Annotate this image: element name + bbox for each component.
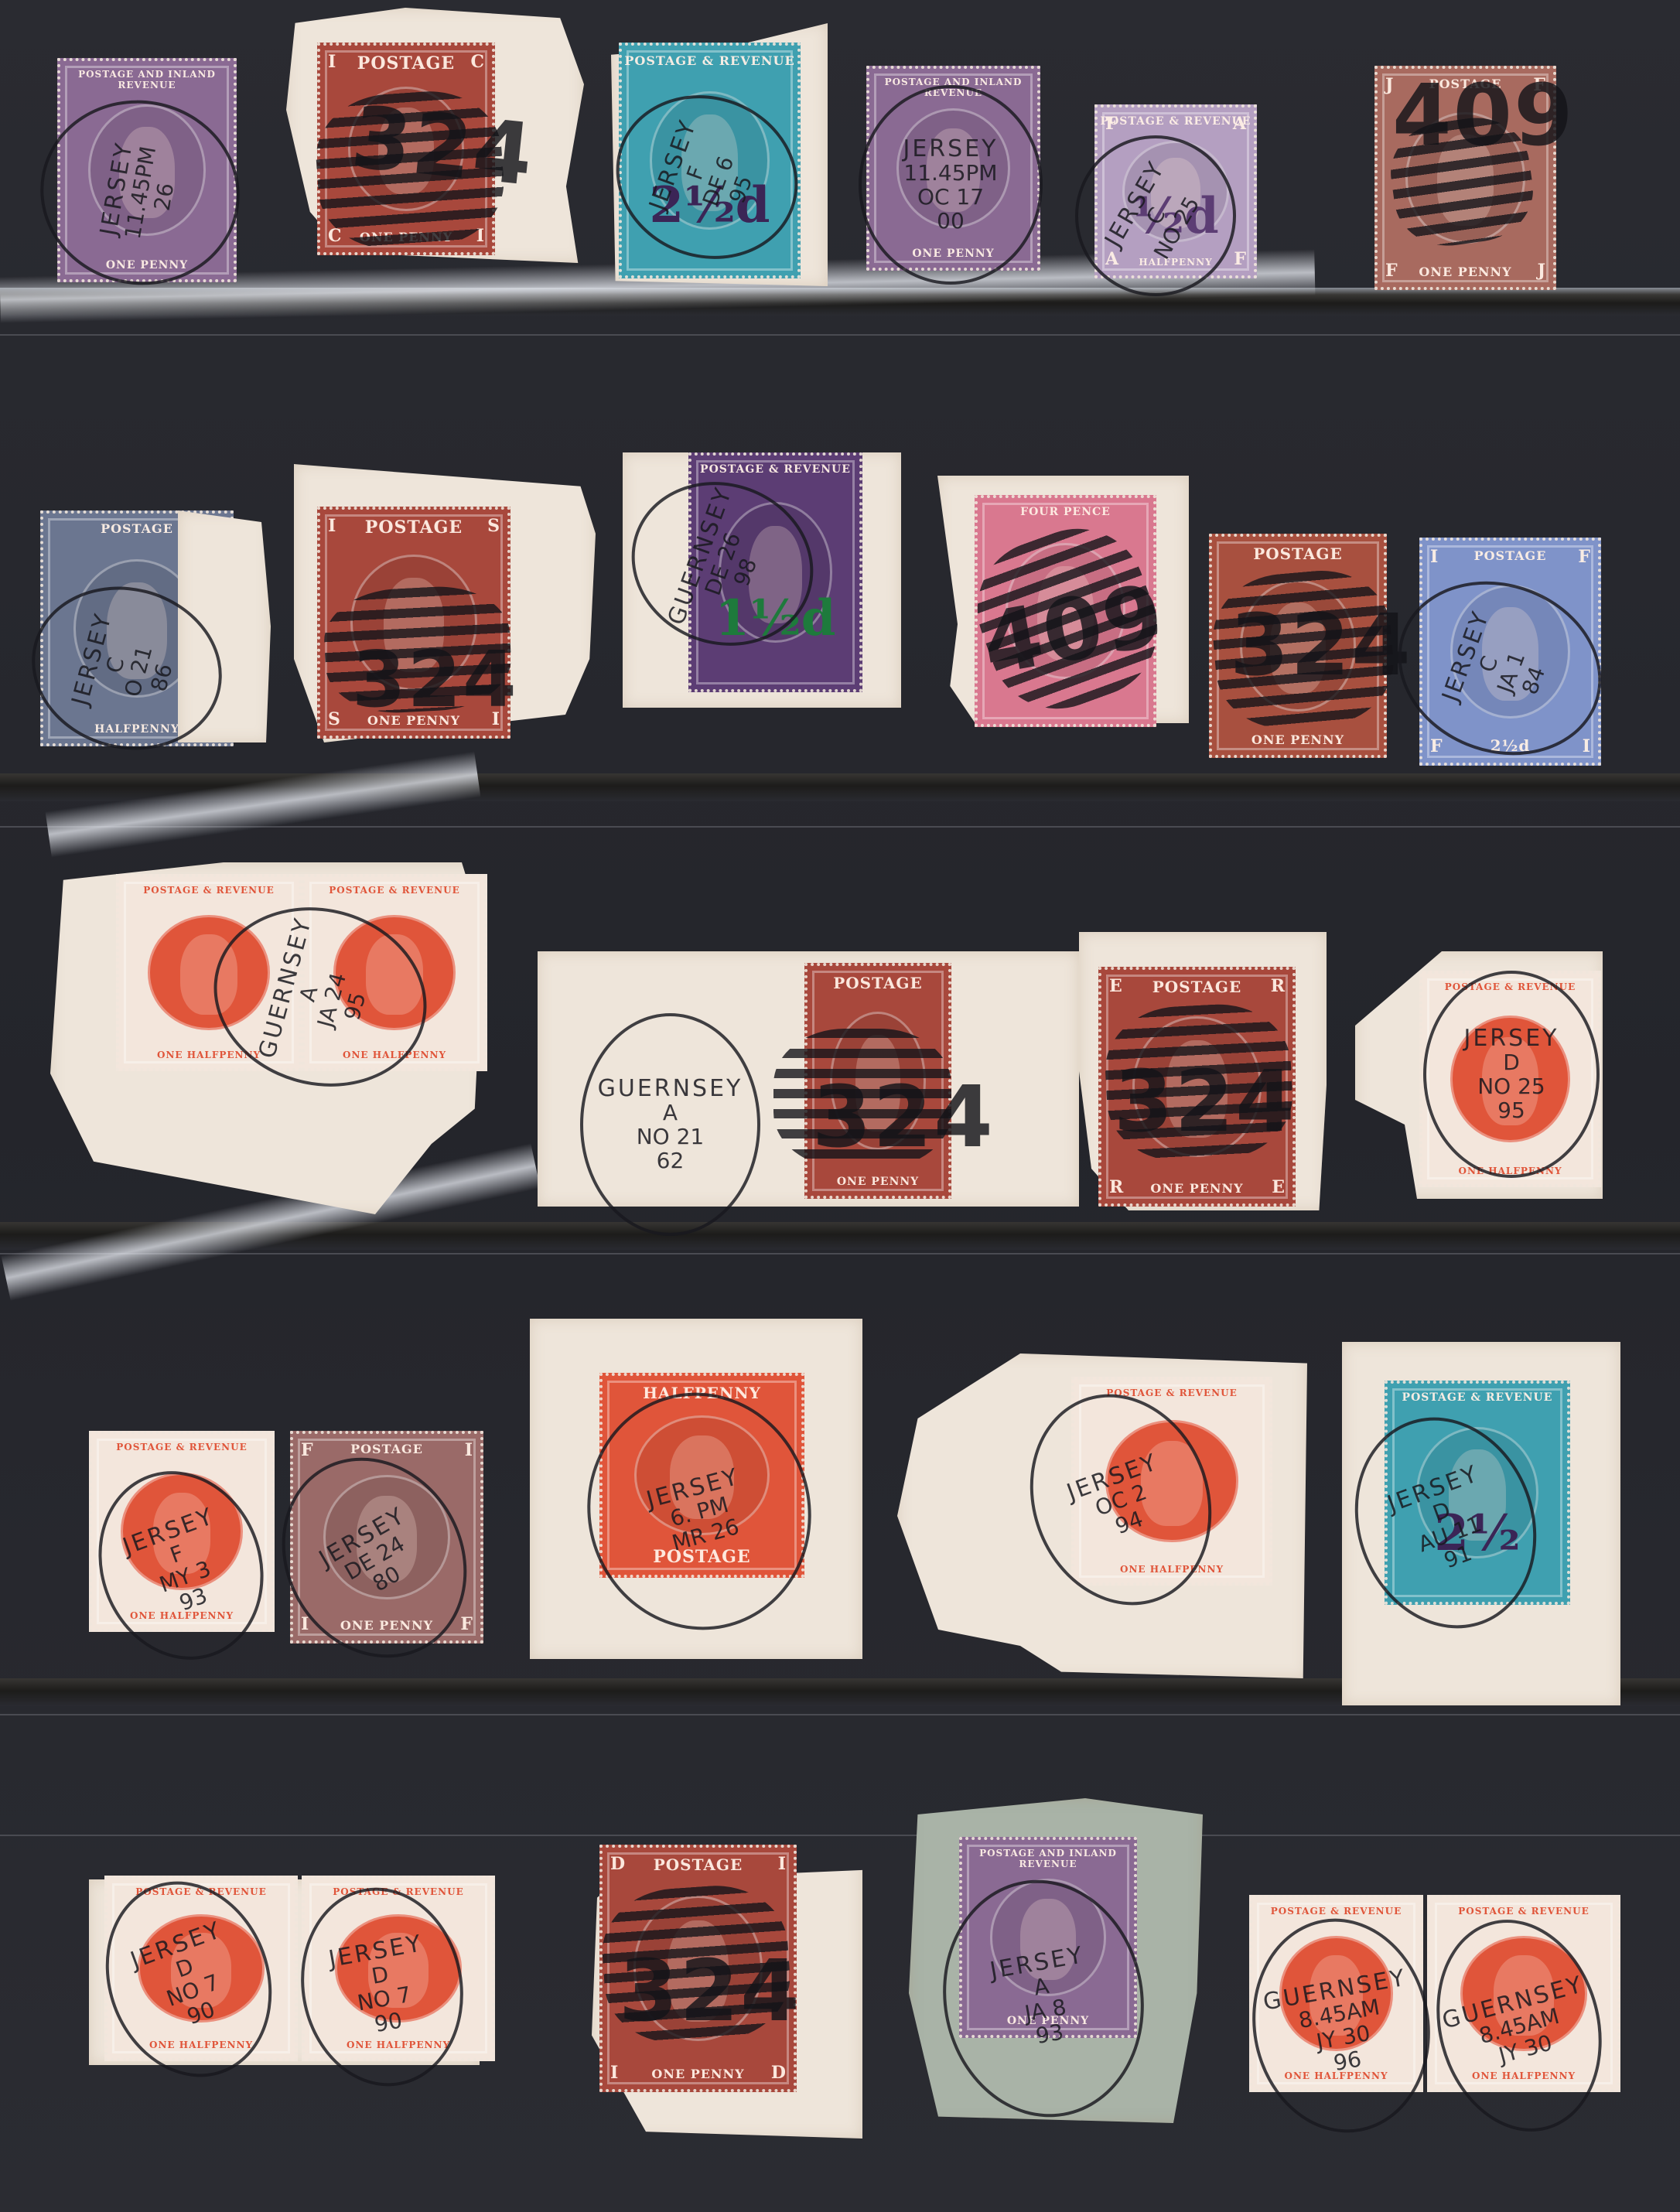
- stamp[interactable]: POSTAGE & REVENUEONE HALFPENNY: [89, 1431, 275, 1632]
- strip-divider: [0, 1222, 1680, 1250]
- stamp-value: 2½d: [622, 176, 797, 234]
- stamp-bottom-text: ONE PENNY: [808, 1176, 948, 1188]
- strip-rule: [0, 1714, 1680, 1715]
- queen-head-icon: [357, 1496, 416, 1582]
- stamp-bottom-text: ONE HALFPENNY: [305, 2040, 492, 2050]
- stamp-bottom-text: ONE HALFPENNY: [92, 1610, 271, 1621]
- stamp-top-text: POSTAGE & REVENUE: [1074, 1388, 1269, 1398]
- queen-head-icon: [1141, 1441, 1204, 1526]
- stamp-top-text: POSTAGE & REVENUE: [1388, 1391, 1567, 1404]
- stamp-top-text: POSTAGE & REVENUE: [305, 1886, 492, 1897]
- stamp[interactable]: POSTAGE & REVENUEONE HALFPENNY: [1419, 971, 1601, 1187]
- stamp[interactable]: POSTAGE & REVENUEHALFPENNYFAAF½d: [1094, 104, 1257, 278]
- queen-head-icon: [1310, 1955, 1363, 2036]
- queen-head-icon: [1482, 607, 1538, 701]
- stamp[interactable]: POSTAGEONE PENNYFIIF: [290, 1431, 483, 1644]
- queen-head-icon: [670, 1435, 733, 1519]
- stamp-top-text: POSTAGE & REVENUE: [622, 53, 797, 68]
- stamp-corner-letter: R: [1109, 1177, 1123, 1197]
- stamp-top-text: POSTAGE: [808, 974, 948, 992]
- numeral-cancel: 324: [352, 634, 518, 725]
- stamp[interactable]: POSTAGE & REVENUE1½d: [688, 452, 862, 692]
- stamp-corner-letter: I: [476, 226, 484, 246]
- queen-head-icon: [1020, 1899, 1075, 1981]
- stamp-bottom-text: ONE HALFPENNY: [1252, 2070, 1420, 2081]
- stamp[interactable]: POSTAGE AND INLAND REVENUEONE PENNY: [57, 58, 237, 282]
- stamp-corner-letter: C: [328, 226, 342, 246]
- stamp-bottom-text: 2½d: [1422, 736, 1598, 755]
- stamp-corner-letter: E: [1272, 1177, 1285, 1197]
- stamp-corner-letter: I: [328, 52, 336, 72]
- stamp-value: 1½d: [691, 589, 859, 647]
- queen-head-icon: [368, 1933, 428, 2008]
- stamp-bottom-text: HALFPENNY: [1098, 257, 1254, 268]
- stamp-top-text: POSTAGE: [1101, 978, 1292, 996]
- numeral-cancel: 324: [812, 1067, 995, 1166]
- stamp-top-text: POSTAGE & REVENUE: [92, 1442, 271, 1452]
- stamp-bottom-text: ONE HALFPENNY: [108, 2040, 295, 2050]
- stamp-bottom-text: ONE PENNY: [320, 230, 492, 244]
- stamp-corner-letter: S: [487, 516, 500, 536]
- stamp[interactable]: POSTAGE2½dIFFI: [1419, 538, 1601, 766]
- stamp[interactable]: POSTAGE & REVENUEONE HALFPENNY: [116, 874, 302, 1071]
- stamp-corner-letter: I: [328, 516, 336, 536]
- stamp[interactable]: HALFPENNYPOSTAGE: [599, 1373, 804, 1578]
- stamp[interactable]: POSTAGE & REVENUE2½d: [619, 43, 801, 278]
- strip-rule: [0, 1253, 1680, 1254]
- strip-rule: [0, 334, 1680, 336]
- stamp-top-text: POSTAGE AND INLAND REVENUE: [869, 77, 1037, 98]
- stamp-top-text: POSTAGE & REVENUE: [305, 885, 484, 896]
- strip-divider: [0, 773, 1680, 801]
- stamp-top-text: POSTAGE & REVENUE: [1422, 981, 1598, 992]
- stamp-top-text: FOUR PENCE: [978, 506, 1153, 518]
- stamp-corner-letter: C: [470, 52, 484, 72]
- stamp-value: ½d: [1098, 187, 1254, 245]
- stamp-corner-letter: D: [610, 1854, 625, 1874]
- strip-divider: [0, 288, 1680, 316]
- queen-head-icon: [119, 127, 175, 218]
- stamp-corner-letter: F: [460, 1614, 473, 1634]
- numeral-cancel: 409: [1392, 66, 1575, 165]
- stamp[interactable]: POSTAGE & REVENUEONE HALFPENNY: [302, 874, 487, 1071]
- stamp-bottom-text: POSTAGE: [603, 1547, 801, 1567]
- stamp-corner-letter: I: [465, 1440, 473, 1460]
- queen-head-icon: [180, 934, 237, 1015]
- stamp-corner-letter: I: [778, 1854, 786, 1874]
- stamp-top-text: POSTAGE: [320, 517, 507, 538]
- stamp-corner-letter: J: [1538, 261, 1545, 281]
- stamp-top-text: HALFPENNY: [603, 1384, 801, 1402]
- stamp-top-text: POSTAGE: [603, 1855, 794, 1874]
- stamp-top-text: POSTAGE & REVENUE: [1098, 115, 1254, 128]
- stamp-corner-letter: I: [301, 1614, 309, 1634]
- queen-head-icon: [927, 128, 980, 212]
- stamp-corner-letter: I: [1583, 736, 1590, 756]
- stamp-bottom-text: ONE HALFPENNY: [1074, 1564, 1269, 1575]
- stamp-top-text: POSTAGE: [1212, 544, 1384, 563]
- stamp-top-text: POSTAGE AND INLAND REVENUE: [60, 69, 234, 90]
- stamp-corner-letter: F: [1385, 261, 1398, 281]
- numeral-cancel: 324: [1114, 1052, 1296, 1151]
- stamp-corner-letter: F: [1105, 114, 1118, 134]
- stamp[interactable]: POSTAGE AND INLAND REVENUEONE PENNY: [866, 66, 1040, 271]
- stock-book-page: POSTAGE AND INLAND REVENUEONE PENNYJERSE…: [0, 0, 1680, 2212]
- stamp-bottom-text: ONE HALFPENNY: [119, 1050, 299, 1060]
- stamp-corner-letter: F: [1234, 249, 1246, 269]
- stamp[interactable]: POSTAGE & REVENUEONE HALFPENNY: [1071, 1377, 1272, 1586]
- stamp-bottom-text: ONE PENNY: [603, 2067, 794, 2081]
- stamp-corner-letter: E: [1109, 976, 1122, 996]
- stamp[interactable]: POSTAGE AND INLAND REVENUEONE PENNY: [959, 1837, 1137, 2038]
- stamp-bottom-text: ONE PENNY: [1378, 265, 1553, 279]
- stamp[interactable]: POSTAGE & REVENUEONE HALFPENNY: [302, 1876, 495, 2061]
- stamp-top-text: POSTAGE AND INLAND REVENUE: [962, 1848, 1134, 1869]
- queen-head-icon: [1494, 1955, 1553, 2036]
- stamp[interactable]: POSTAGE & REVENUEONE HALFPENNY: [1249, 1895, 1423, 2092]
- queen-head-icon: [107, 582, 166, 679]
- stamp-top-text: POSTAGE & REVENUE: [1252, 1906, 1420, 1917]
- strip-rule: [0, 1835, 1680, 1836]
- numeral-cancel: 324: [347, 87, 539, 205]
- queen-head-icon: [153, 1493, 210, 1575]
- stamp-bottom-text: ONE HALFPENNY: [1430, 2070, 1617, 2081]
- stamp-bottom-text: ONE PENNY: [1101, 1181, 1292, 1196]
- stamp-bottom-text: ONE HALFPENNY: [305, 1050, 484, 1060]
- stamp-top-text: POSTAGE & REVENUE: [1430, 1906, 1617, 1917]
- stamp-corner-letter: A: [1105, 249, 1118, 269]
- stamp-value: 2½: [1388, 1504, 1567, 1562]
- queen-head-icon: [171, 1933, 230, 2008]
- stamp-corner-letter: F: [1578, 547, 1590, 567]
- stamp[interactable]: POSTAGE & REVENUEONE HALFPENNY: [104, 1876, 298, 2061]
- stamp[interactable]: POSTAGE & REVENUEONE HALFPENNY: [1427, 1895, 1620, 2092]
- stamp-corner-letter: I: [610, 2063, 618, 2083]
- stamp-corner-letter: S: [328, 709, 340, 729]
- stamp-top-text: POSTAGE & REVENUE: [119, 885, 299, 896]
- numeral-cancel: 324: [619, 1941, 801, 2040]
- stamp-corner-letter: F: [1430, 736, 1443, 756]
- stamp-bottom-text: ONE PENNY: [962, 2015, 1134, 2027]
- stamp-bottom-text: ONE PENNY: [869, 247, 1037, 260]
- stamp-corner-letter: I: [1430, 547, 1438, 567]
- stamp-bottom-text: ONE HALFPENNY: [1422, 1166, 1598, 1176]
- stamp-corner-letter: A: [1233, 114, 1246, 134]
- stamp-top-text: POSTAGE & REVENUE: [108, 1886, 295, 1897]
- paper-piece: [178, 510, 271, 742]
- plastic-glare: [46, 751, 481, 857]
- stamp-corner-letter: F: [301, 1440, 313, 1460]
- stamp-top-text: POSTAGE: [320, 53, 492, 73]
- stamp-bottom-text: ONE PENNY: [60, 259, 234, 271]
- stamp-bottom-text: ONE PENNY: [293, 1618, 480, 1633]
- stamp-top-text: POSTAGE: [293, 1442, 480, 1456]
- strip-rule: [0, 826, 1680, 828]
- numeral-cancel: 324: [1230, 596, 1412, 695]
- stamp-corner-letter: D: [771, 2063, 786, 2083]
- queen-head-icon: [1482, 1037, 1538, 1125]
- stamp-top-text: POSTAGE: [1422, 548, 1598, 563]
- stamp-top-text: POSTAGE & REVENUE: [691, 463, 859, 476]
- stamp-bottom-text: ONE PENNY: [1212, 732, 1384, 747]
- stamp-corner-letter: R: [1271, 976, 1285, 996]
- stamp[interactable]: POSTAGE & REVENUE2½: [1385, 1381, 1570, 1605]
- queen-head-icon: [366, 934, 423, 1015]
